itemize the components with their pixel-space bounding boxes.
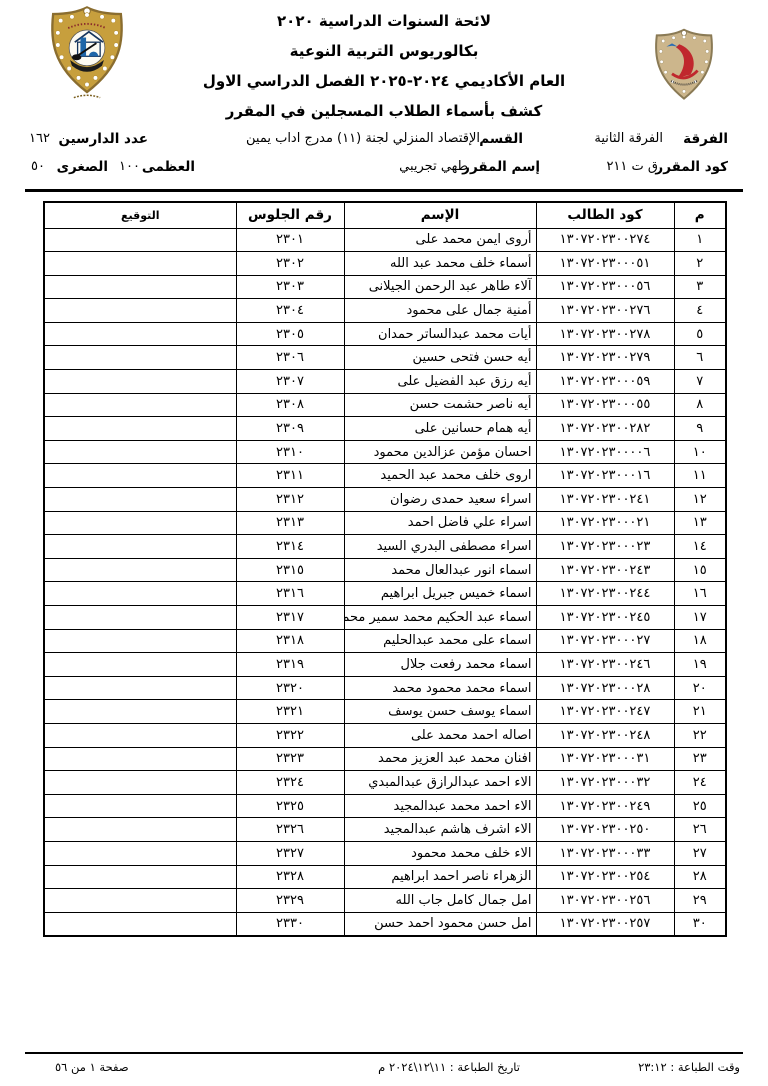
seat-number-cell: ٢٣١٥ <box>236 558 344 582</box>
seat-number-cell: ٢٣٢١ <box>236 700 344 724</box>
student-name-cell: الزهراء ناصر احمد ابراهيم <box>344 865 536 889</box>
signature-cell <box>44 299 236 323</box>
student-code-cell: ١٣٠٧٢٠٢٣٠٠٢٧٨ <box>536 322 674 346</box>
seat-number-cell: ٢٣٢٠ <box>236 676 344 700</box>
signature-cell <box>44 228 236 252</box>
signature-cell <box>44 275 236 299</box>
signature-cell <box>44 629 236 653</box>
table-row: ٣ ١٣٠٧٢٠٢٣٠٠٠٥٦ آلاء طاهر عبد الرحمن الج… <box>44 275 726 299</box>
seat-number-cell: ٢٣١٣ <box>236 511 344 535</box>
student-name-cell: أيه ناصر حشمت حسن <box>344 393 536 417</box>
seat-number-cell: ٢٣٠٦ <box>236 346 344 370</box>
seat-number-cell: ٢٣١٧ <box>236 606 344 630</box>
student-code-cell: ١٣٠٧٢٠٢٣٠٠٠٥١ <box>536 252 674 276</box>
signature-cell <box>44 912 236 936</box>
signature-cell <box>44 700 236 724</box>
row-number-cell: ٢٤ <box>674 771 726 795</box>
seat-number-cell: ٢٣٢٥ <box>236 794 344 818</box>
print-date: تاريخ الطباعة : ١١\١٢\٢٠٢٤ م <box>378 1060 520 1074</box>
seat-number-cell: ٢٣٠٣ <box>236 275 344 299</box>
student-code-cell: ١٣٠٧٢٠٢٣٠٠٢٤٨ <box>536 723 674 747</box>
row-number-cell: ٨ <box>674 393 726 417</box>
student-roster-sheet: لائحة السنوات الدراسية ٢٠٢٠ بكالوريوس ال… <box>0 0 768 1086</box>
student-name-cell: اسماء انور عبدالعال محمد <box>344 558 536 582</box>
col-header-number: م <box>674 202 726 228</box>
row-number-cell: ٢٨ <box>674 865 726 889</box>
seat-number-cell: ٢٣١١ <box>236 464 344 488</box>
row-number-cell: ٢٢ <box>674 723 726 747</box>
student-name-cell: اصاله احمد محمد على <box>344 723 536 747</box>
row-number-cell: ١٢ <box>674 488 726 512</box>
student-name-cell: الاء احمد محمد عبدالمجيد <box>344 794 536 818</box>
signature-cell <box>44 370 236 394</box>
signature-cell <box>44 558 236 582</box>
student-code-cell: ١٣٠٧٢٠٢٣٠٠٠٣٣ <box>536 841 674 865</box>
students-table: م كود الطالب الإسم رقم الجلوس التوقيع ١ … <box>43 201 727 937</box>
row-number-cell: ٢٩ <box>674 889 726 913</box>
row-number-cell: ١٥ <box>674 558 726 582</box>
student-code-cell: ١٣٠٧٢٠٢٣٠٠٢٨٢ <box>536 417 674 441</box>
table-row: ١٦ ١٣٠٧٢٠٢٣٠٠٢٤٤ اسماء خميس جبريل ابراهي… <box>44 582 726 606</box>
table-row: ٤ ١٣٠٧٢٠٢٣٠٠٢٧٦ أمنية جمال على محمود ٢٣٠… <box>44 299 726 323</box>
student-code-cell: ١٣٠٧٢٠٢٣٠٠٠٥٥ <box>536 393 674 417</box>
row-number-cell: ٣٠ <box>674 912 726 936</box>
seat-number-cell: ٢٣٣٠ <box>236 912 344 936</box>
student-code-cell: ١٣٠٧٢٠٢٣٠٠٠٢١ <box>536 511 674 535</box>
course-code-label: كود المقرر <box>655 159 728 175</box>
page-indicator: صفحة ١ من ٥٦ <box>55 1060 129 1074</box>
table-row: ٢٢ ١٣٠٧٢٠٢٣٠٠٢٤٨ اصاله احمد محمد على ٢٣٢… <box>44 723 726 747</box>
student-name-cell: اسماء محمد رفعت جلال <box>344 653 536 677</box>
student-name-cell: اروى خلف محمد عبد الحميد <box>344 464 536 488</box>
course-code-value: ق ت ٢١١ <box>606 159 658 174</box>
table-row: ١١ ١٣٠٧٢٠٢٣٠٠٠١٦ اروى خلف محمد عبد الحمي… <box>44 464 726 488</box>
table-row: ٢٨ ١٣٠٧٢٠٢٣٠٠٢٥٤ الزهراء ناصر احمد ابراه… <box>44 865 726 889</box>
signature-cell <box>44 252 236 276</box>
student-name-cell: امل جمال كامل جاب الله <box>344 889 536 913</box>
student-name-cell: أيات محمد عبدالساتر حمدان <box>344 322 536 346</box>
student-name-cell: امل حسن محمود احمد حسن <box>344 912 536 936</box>
student-name-cell: اسراء مصطفى البدري السيد <box>344 535 536 559</box>
seat-number-cell: ٢٣١٢ <box>236 488 344 512</box>
student-code-cell: ١٣٠٧٢٠٢٣٠٠٠٣٢ <box>536 771 674 795</box>
student-name-cell: احسان مؤمن عزالدين محمود <box>344 440 536 464</box>
signature-cell <box>44 889 236 913</box>
row-number-cell: ١٠ <box>674 440 726 464</box>
row-number-cell: ٢٣ <box>674 747 726 771</box>
grade-label: الفرقة <box>683 131 728 147</box>
row-number-cell: ٢١ <box>674 700 726 724</box>
student-code-cell: ١٣٠٧٢٠٢٣٠٠٠٢٣ <box>536 535 674 559</box>
student-code-cell: ١٣٠٧٢٠٢٣٠٠٠٥٦ <box>536 275 674 299</box>
student-name-cell: أسماء خلف محمد عبد الله <box>344 252 536 276</box>
student-name-cell: اسماء يوسف حسن يوسف <box>344 700 536 724</box>
student-code-cell: ١٣٠٧٢٠٢٣٠٠٠٠٦ <box>536 440 674 464</box>
table-row: ٨ ١٣٠٧٢٠٢٣٠٠٠٥٥ أيه ناصر حشمت حسن ٢٣٠٨ <box>44 393 726 417</box>
table-row: ١٧ ١٣٠٧٢٠٢٣٠٠٢٤٥ اسماء عبد الحكيم محمد س… <box>44 606 726 630</box>
student-code-cell: ١٣٠٧٢٠٢٣٠٠٢٤٩ <box>536 794 674 818</box>
seat-number-cell: ٢٣٠٨ <box>236 393 344 417</box>
seat-number-cell: ٢٣٢٩ <box>236 889 344 913</box>
row-number-cell: ٢ <box>674 252 726 276</box>
student-name-cell: الاء احمد عبدالرازق عبدالمبدي <box>344 771 536 795</box>
student-name-cell: أيه حسن فتحى حسين <box>344 346 536 370</box>
course-name-label: إسم المقرر <box>462 159 540 175</box>
min-grade-label: الصغرى <box>57 159 108 175</box>
table-row: ٢٦ ١٣٠٧٢٠٢٣٠٠٢٥٠ الاء اشرف هاشم عبدالمجي… <box>44 818 726 842</box>
student-name-cell: الاء اشرف هاشم عبدالمجيد <box>344 818 536 842</box>
row-number-cell: ٥ <box>674 322 726 346</box>
student-code-cell: ١٣٠٧٢٠٢٣٠٠٢٤٤ <box>536 582 674 606</box>
student-code-cell: ١٣٠٧٢٠٢٣٠٠٢٧٦ <box>536 299 674 323</box>
signature-cell <box>44 818 236 842</box>
student-name-cell: اسماء خميس جبريل ابراهيم <box>344 582 536 606</box>
seat-number-cell: ٢٣٢٢ <box>236 723 344 747</box>
row-number-cell: ١٩ <box>674 653 726 677</box>
min-grade-value: ٥٠ <box>31 159 45 174</box>
student-name-cell: أيه رزق عبد الفضيل على <box>344 370 536 394</box>
seat-number-cell: ٢٣٢٣ <box>236 747 344 771</box>
student-code-cell: ١٣٠٧٢٠٢٣٠٠٠١٦ <box>536 464 674 488</box>
student-code-cell: ١٣٠٧٢٠٢٣٠٠٢٤٦ <box>536 653 674 677</box>
row-number-cell: ١٣ <box>674 511 726 535</box>
student-code-cell: ١٣٠٧٢٠٢٣٠٠٢٧٤ <box>536 228 674 252</box>
table-row: ٢٤ ١٣٠٧٢٠٢٣٠٠٠٣٢ الاء احمد عبدالرازق عبد… <box>44 771 726 795</box>
seat-number-cell: ٢٣٢٨ <box>236 865 344 889</box>
col-header-signature: التوقيع <box>44 202 236 228</box>
seat-number-cell: ٢٣٢٦ <box>236 818 344 842</box>
signature-cell <box>44 771 236 795</box>
table-row: ١٤ ١٣٠٧٢٠٢٣٠٠٠٢٣ اسراء مصطفى البدري السي… <box>44 535 726 559</box>
table-row: ١٢ ١٣٠٧٢٠٢٣٠٠٢٤١ اسراء سعيد حمدى رضوان ٢… <box>44 488 726 512</box>
table-header-row: م كود الطالب الإسم رقم الجلوس التوقيع <box>44 202 726 228</box>
student-code-cell: ١٣٠٧٢٠٢٣٠٠٢٤٣ <box>536 558 674 582</box>
student-code-cell: ١٣٠٧٢٠٢٣٠٠٠٢٨ <box>536 676 674 700</box>
table-row: ١ ١٣٠٧٢٠٢٣٠٠٢٧٤ أروى ايمن محمد على ٢٣٠١ <box>44 228 726 252</box>
signature-cell <box>44 440 236 464</box>
row-number-cell: ١٧ <box>674 606 726 630</box>
col-header-student-code: كود الطالب <box>536 202 674 228</box>
student-code-cell: ١٣٠٧٢٠٢٣٠٠٢٤١ <box>536 488 674 512</box>
student-code-cell: ١٣٠٧٢٠٢٣٠٠٢٥٤ <box>536 865 674 889</box>
seat-number-cell: ٢٣١٩ <box>236 653 344 677</box>
degree-title: بكالوريوس التربية النوعية <box>0 36 768 66</box>
seat-number-cell: ٢٣١٠ <box>236 440 344 464</box>
table-row: ٢٣ ١٣٠٧٢٠٢٣٠٠٠٣١ افنان محمد عبد العزيز م… <box>44 747 726 771</box>
students-count-value: ١٦٢ <box>29 131 50 146</box>
student-code-cell: ١٣٠٧٢٠٢٣٠٠٠٣١ <box>536 747 674 771</box>
seat-number-cell: ٢٣٠٤ <box>236 299 344 323</box>
students-count-label: عدد الدارسين <box>59 131 148 147</box>
student-name-cell: اسراء علي فاضل احمد <box>344 511 536 535</box>
signature-cell <box>44 865 236 889</box>
max-grade-value: ١٠٠ <box>119 159 140 174</box>
table-row: ٧ ١٣٠٧٢٠٢٣٠٠٠٥٩ أيه رزق عبد الفضيل على ٢… <box>44 370 726 394</box>
seat-number-cell: ٢٣١٨ <box>236 629 344 653</box>
seat-number-cell: ٢٣٠٩ <box>236 417 344 441</box>
table-row: ٣٠ ١٣٠٧٢٠٢٣٠٠٢٥٧ امل حسن محمود احمد حسن … <box>44 912 726 936</box>
student-name-cell: اسماء عبد الحكيم محمد سمير محمد <box>344 606 536 630</box>
seat-number-cell: ٢٣٠٥ <box>236 322 344 346</box>
document-header: لائحة السنوات الدراسية ٢٠٢٠ بكالوريوس ال… <box>0 6 768 126</box>
grade-value: الفرقة الثانية <box>594 131 663 146</box>
table-row: ١٩ ١٣٠٧٢٠٢٣٠٠٢٤٦ اسماء محمد رفعت جلال ٢٣… <box>44 653 726 677</box>
student-name-cell: اسماء محمد محمود محمد <box>344 676 536 700</box>
student-code-cell: ١٣٠٧٢٠٢٣٠٠٢٥٠ <box>536 818 674 842</box>
signature-cell <box>44 582 236 606</box>
signature-cell <box>44 535 236 559</box>
signature-cell <box>44 723 236 747</box>
department-value: الإقتصاد المنزلي لجنة (١١) مدرج اداب يمي… <box>246 131 480 146</box>
table-row: ٢٩ ١٣٠٧٢٠٢٣٠٠٢٥٦ امل جمال كامل جاب الله … <box>44 889 726 913</box>
student-code-cell: ١٣٠٧٢٠٢٣٠٠٢٥٧ <box>536 912 674 936</box>
student-code-cell: ١٣٠٧٢٠٢٣٠٠٢٤٥ <box>536 606 674 630</box>
col-header-seat-number: رقم الجلوس <box>236 202 344 228</box>
signature-cell <box>44 417 236 441</box>
seat-number-cell: ٢٣١٦ <box>236 582 344 606</box>
signature-cell <box>44 676 236 700</box>
row-number-cell: ٧ <box>674 370 726 394</box>
row-number-cell: ٢٠ <box>674 676 726 700</box>
table-row: ٢٧ ١٣٠٧٢٠٢٣٠٠٠٣٣ الاء خلف محمد محمود ٢٣٢… <box>44 841 726 865</box>
signature-cell <box>44 653 236 677</box>
row-number-cell: ١٨ <box>674 629 726 653</box>
student-name-cell: الاء خلف محمد محمود <box>344 841 536 865</box>
row-number-cell: ٣ <box>674 275 726 299</box>
row-number-cell: ٤ <box>674 299 726 323</box>
row-number-cell: ٢٦ <box>674 818 726 842</box>
table-row: ١٨ ١٣٠٧٢٠٢٣٠٠٠٢٧ اسماء على محمد عبدالحلي… <box>44 629 726 653</box>
table-row: ١٣ ١٣٠٧٢٠٢٣٠٠٠٢١ اسراء علي فاضل احمد ٢٣١… <box>44 511 726 535</box>
student-name-cell: أمنية جمال على محمود <box>344 299 536 323</box>
student-name-cell: افنان محمد عبد العزيز محمد <box>344 747 536 771</box>
table-row: ٢٥ ١٣٠٧٢٠٢٣٠٠٢٤٩ الاء احمد محمد عبدالمجي… <box>44 794 726 818</box>
signature-cell <box>44 794 236 818</box>
header-divider <box>25 189 743 192</box>
table-row: ١٠ ١٣٠٧٢٠٢٣٠٠٠٠٦ احسان مؤمن عزالدين محمو… <box>44 440 726 464</box>
seat-number-cell: ٢٣٢٧ <box>236 841 344 865</box>
student-name-cell: اسراء سعيد حمدى رضوان <box>344 488 536 512</box>
department-label: القسم <box>479 131 523 147</box>
table-row: ٩ ١٣٠٧٢٠٢٣٠٠٢٨٢ أيه همام حسانين على ٢٣٠٩ <box>44 417 726 441</box>
row-number-cell: ٢٥ <box>674 794 726 818</box>
row-number-cell: ٦ <box>674 346 726 370</box>
signature-cell <box>44 346 236 370</box>
seat-number-cell: ٢٣١٤ <box>236 535 344 559</box>
signature-cell <box>44 511 236 535</box>
table-row: ٢ ١٣٠٧٢٠٢٣٠٠٠٥١ أسماء خلف محمد عبد الله … <box>44 252 726 276</box>
student-code-cell: ١٣٠٧٢٠٢٣٠٠٠٢٧ <box>536 629 674 653</box>
student-code-cell: ١٣٠٧٢٠٢٣٠٠٢٧٩ <box>536 346 674 370</box>
row-number-cell: ١٤ <box>674 535 726 559</box>
row-number-cell: ٢٧ <box>674 841 726 865</box>
student-code-cell: ١٣٠٧٢٠٢٣٠٠٠٥٩ <box>536 370 674 394</box>
seat-number-cell: ٢٣٠٢ <box>236 252 344 276</box>
course-name-value: طهي تجريبي <box>399 159 468 174</box>
row-number-cell: ١٦ <box>674 582 726 606</box>
seat-number-cell: ٢٣٠١ <box>236 228 344 252</box>
sheet-title: كشف بأسماء الطلاب المسجلين في المقرر <box>0 96 768 126</box>
signature-cell <box>44 606 236 630</box>
student-code-cell: ١٣٠٧٢٠٢٣٠٠٢٥٦ <box>536 889 674 913</box>
print-time: وقت الطباعة : ٢٣:١٢ <box>638 1060 740 1074</box>
signature-cell <box>44 464 236 488</box>
col-header-name: الإسم <box>344 202 536 228</box>
table-row: ٢١ ١٣٠٧٢٠٢٣٠٠٢٤٧ اسماء يوسف حسن يوسف ٢٣٢… <box>44 700 726 724</box>
student-name-cell: آلاء طاهر عبد الرحمن الجيلانى <box>344 275 536 299</box>
signature-cell <box>44 747 236 771</box>
table-row: ٢٠ ١٣٠٧٢٠٢٣٠٠٠٢٨ اسماء محمد محمود محمد ٢… <box>44 676 726 700</box>
table-row: ٥ ١٣٠٧٢٠٢٣٠٠٢٧٨ أيات محمد عبدالساتر حمدا… <box>44 322 726 346</box>
student-code-cell: ١٣٠٧٢٠٢٣٠٠٢٤٧ <box>536 700 674 724</box>
signature-cell <box>44 393 236 417</box>
student-name-cell: أيه همام حسانين على <box>344 417 536 441</box>
student-name-cell: اسماء على محمد عبدالحليم <box>344 629 536 653</box>
table-row: ٦ ١٣٠٧٢٠٢٣٠٠٢٧٩ أيه حسن فتحى حسين ٢٣٠٦ <box>44 346 726 370</box>
signature-cell <box>44 841 236 865</box>
row-number-cell: ١ <box>674 228 726 252</box>
academic-year-title: العام الأكاديمي ٢٠٢٤-٢٠٢٥ الفصل الدراسي … <box>0 66 768 96</box>
max-grade-label: العظمى <box>142 159 195 175</box>
table-row: ١٥ ١٣٠٧٢٠٢٣٠٠٢٤٣ اسماء انور عبدالعال محم… <box>44 558 726 582</box>
student-name-cell: أروى ايمن محمد على <box>344 228 536 252</box>
seat-number-cell: ٢٣٠٧ <box>236 370 344 394</box>
row-number-cell: ٩ <box>674 417 726 441</box>
row-number-cell: ١١ <box>674 464 726 488</box>
signature-cell <box>44 322 236 346</box>
footer-divider <box>25 1052 743 1054</box>
regulation-title: لائحة السنوات الدراسية ٢٠٢٠ <box>0 6 768 36</box>
signature-cell <box>44 488 236 512</box>
seat-number-cell: ٢٣٢٤ <box>236 771 344 795</box>
